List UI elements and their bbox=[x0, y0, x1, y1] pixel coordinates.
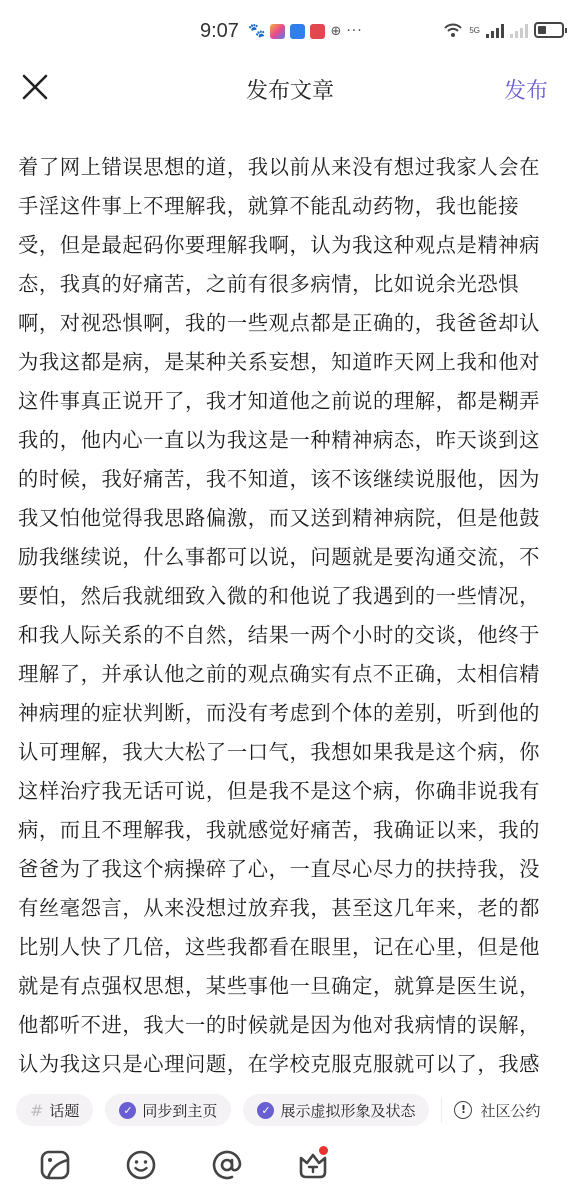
paint-app-icon bbox=[270, 24, 285, 39]
status-time: 9:07 bbox=[200, 20, 239, 43]
topic-chip[interactable]: # 话题 bbox=[16, 1094, 93, 1126]
hx-app-icon bbox=[290, 24, 305, 39]
text-line: 他都听不进，我大一的时候就是因为他对我病情的误解， bbox=[18, 1006, 568, 1045]
text-line: 认为我这只是心理问题，在学校克服克服就可以了，我感 bbox=[18, 1045, 568, 1080]
text-line: 病，而且不理解我，我就感觉好痛苦，我确证以来，我的 bbox=[18, 811, 568, 850]
text-line: 手淫这件事上不理解我，就算不能乱动药物，我也能接 bbox=[18, 187, 568, 226]
signal-secondary-icon bbox=[510, 22, 528, 38]
show-avatar-chip[interactable]: ✓ 展示虚拟形象及状态 bbox=[243, 1094, 429, 1126]
nav-bar: 发布文章 发布 bbox=[0, 66, 580, 112]
image-button[interactable] bbox=[38, 1148, 72, 1182]
text-line: 受，但是最起码你要理解我啊，认为我这种观点是精神病 bbox=[18, 226, 568, 265]
network-type: 5G bbox=[469, 26, 480, 35]
text-line: 有丝毫怨言，从来没想过放弃我，甚至这几年来，老的都 bbox=[18, 889, 568, 928]
avatar-label: 展示虚拟形象及状态 bbox=[280, 1100, 415, 1121]
more-dots-icon: ··· bbox=[346, 24, 362, 39]
hashtag-icon: # bbox=[30, 1101, 43, 1120]
system-icons: 5G bbox=[443, 22, 564, 38]
topic-label: 话题 bbox=[49, 1100, 79, 1121]
status-bar: 9:07 🐾 ⊕ ··· 5G bbox=[0, 0, 580, 66]
battery-icon bbox=[534, 22, 564, 38]
globe-icon: ⊕ bbox=[330, 24, 341, 39]
option-chips: # 话题 ✓ 同步到主页 ✓ 展示虚拟形象及状态 ! 社区公约 bbox=[16, 1094, 540, 1126]
text-line: 和我人际关系的不自然，结果一两个小时的交谈，他终于 bbox=[18, 616, 568, 655]
crown-button[interactable] bbox=[296, 1148, 330, 1182]
community-rules-link[interactable]: ! 社区公约 bbox=[454, 1100, 540, 1121]
text-line: 认可理解，我大大松了一口气，我想如果我是这个病，你 bbox=[18, 733, 568, 772]
mention-icon bbox=[210, 1148, 244, 1182]
publish-button[interactable]: 发布 bbox=[504, 74, 548, 105]
red-app-icon bbox=[310, 24, 325, 39]
emoji-icon bbox=[124, 1148, 158, 1182]
text-line: 的时候，我好痛苦，我不知道，该不该继续说服他，因为 bbox=[18, 460, 568, 499]
info-icon: ! bbox=[454, 1101, 472, 1119]
mention-button[interactable] bbox=[210, 1148, 244, 1182]
text-line: 要怕，然后我就细致入微的和他说了我遇到的一些情况， bbox=[18, 577, 568, 616]
compose-toolbar: # 话题 ✓ 同步到主页 ✓ 展示虚拟形象及状态 ! 社区公约 bbox=[0, 1082, 580, 1196]
image-icon bbox=[38, 1148, 72, 1182]
divider bbox=[441, 1097, 442, 1123]
text-line: 这件事真正说开了，我才知道他之前说的理解，都是糊弄 bbox=[18, 382, 568, 421]
rules-label: 社区公约 bbox=[480, 1100, 540, 1121]
text-line: 我又怕他觉得我思路偏激，而又送到精神病院，但是他鼓 bbox=[18, 499, 568, 538]
text-line: 神病理的症状判断，而没有考虑到个体的差别，听到他的 bbox=[18, 694, 568, 733]
text-line: 励我继续说，什么事都可以说，问题就是要沟通交流，不 bbox=[18, 538, 568, 577]
emoji-button[interactable] bbox=[124, 1148, 158, 1182]
text-line: 这样治疗我无话可说，但是我不是这个病，你确非说我有 bbox=[18, 772, 568, 811]
text-line: 就是有点强权思想，某些事他一旦确定，就算是医生说， bbox=[18, 967, 568, 1006]
text-line: 理解了，并承认他之前的观点确实有点不正确，太相信精 bbox=[18, 655, 568, 694]
bottom-icon-bar bbox=[0, 1148, 580, 1188]
paw-icon: 🐾 bbox=[248, 24, 265, 39]
sync-homepage-chip[interactable]: ✓ 同步到主页 bbox=[105, 1094, 231, 1126]
text-line: 啊，对视恐惧啊，我的一些观点都是正确的，我爸爸却认 bbox=[18, 304, 568, 343]
notification-icons: 🐾 ⊕ ··· bbox=[248, 24, 363, 39]
text-line: 我的，他内心一直以为我这是一种精神病态，昨天谈到这 bbox=[18, 421, 568, 460]
text-line: 为我这都是病，是某种关系妄想，知道昨天网上我和他对 bbox=[18, 343, 568, 382]
page-title: 发布文章 bbox=[0, 74, 580, 105]
text-line: 比别人快了几倍，这些我都看在眼里，记在心里，但是他 bbox=[18, 928, 568, 967]
sync-label: 同步到主页 bbox=[142, 1100, 217, 1121]
text-line: 态，我真的好痛苦，之前有很多病情，比如说余光恐惧 bbox=[18, 265, 568, 304]
article-editor[interactable]: 着了网上错误思想的道，我以前从来没有想过我家人会在 手淫这件事上不理解我，就算不… bbox=[18, 148, 568, 1080]
signal-icon bbox=[486, 22, 504, 38]
check-icon: ✓ bbox=[119, 1102, 136, 1119]
notification-badge bbox=[319, 1146, 328, 1155]
wifi-icon bbox=[443, 22, 463, 38]
check-icon: ✓ bbox=[257, 1102, 274, 1119]
text-line: 爸爸为了我这个病操碎了心，一直尽心尽力的扶持我，没 bbox=[18, 850, 568, 889]
text-line: 着了网上错误思想的道，我以前从来没有想过我家人会在 bbox=[18, 148, 568, 187]
